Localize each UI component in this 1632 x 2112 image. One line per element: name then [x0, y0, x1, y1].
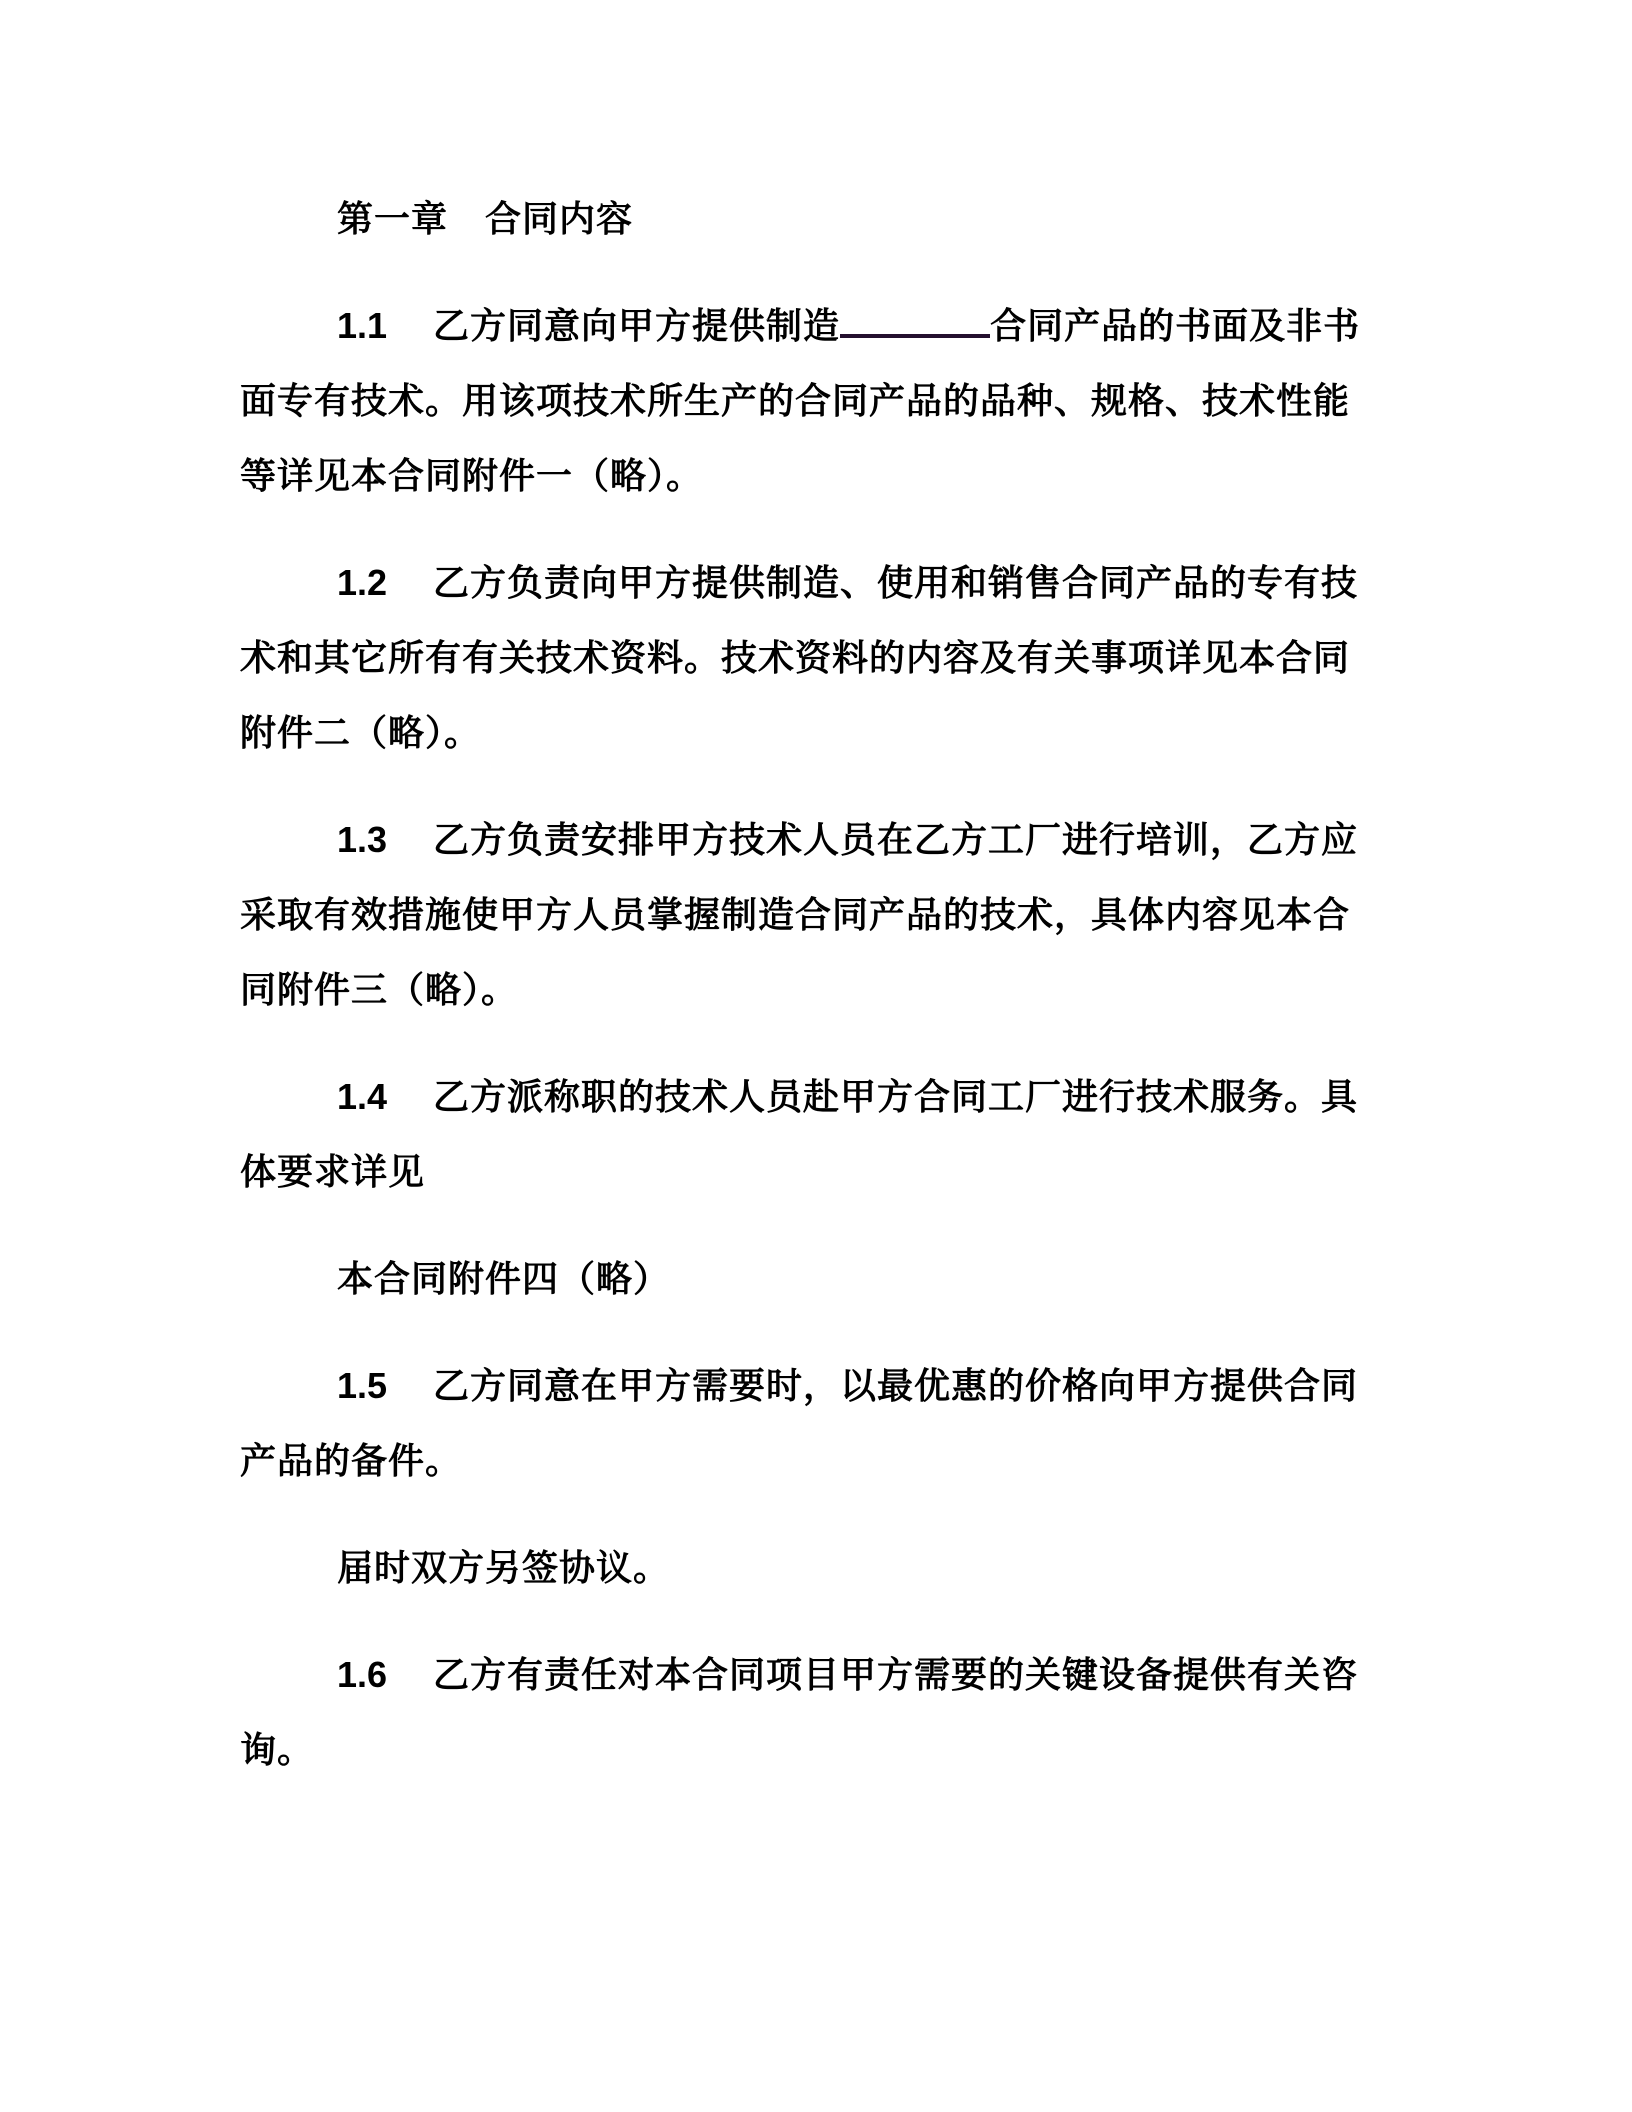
clause-1-6-number: 1.6 — [337, 1654, 387, 1695]
clause-1-3-number: 1.3 — [337, 819, 387, 860]
clause-1-3: 1.3乙方负责安排甲方技术人员在乙方工厂进行培训，乙方应采取有效措施使甲方人员掌… — [240, 802, 1365, 1027]
clause-1-3-text: 乙方负责安排甲方技术人员在乙方工厂进行培训，乙方应采取有效措施使甲方人员掌握制造… — [240, 819, 1358, 1010]
clause-1-1-number: 1.1 — [337, 305, 387, 346]
clause-1-4: 1.4乙方派称职的技术人员赴甲方合同工厂进行技术服务。具体要求详见 — [240, 1059, 1365, 1209]
clause-1-5: 1.5乙方同意在甲方需要时，以最优惠的价格向甲方提供合同产品的备件。 — [240, 1348, 1365, 1498]
clause-1-5-agreement-line: 届时双方另签协议。 — [240, 1530, 1365, 1605]
clause-1-2-text: 乙方负责向甲方提供制造、使用和销售合同产品的专有技术和其它所有有关技术资料。技术… — [240, 562, 1358, 753]
clause-1-2-number: 1.2 — [337, 562, 387, 603]
clause-1-5-text: 乙方同意在甲方需要时，以最优惠的价格向甲方提供合同产品的备件。 — [240, 1365, 1358, 1481]
clause-1-2: 1.2乙方负责向甲方提供制造、使用和销售合同产品的专有技术和其它所有有关技术资料… — [240, 545, 1365, 770]
clause-1-4-attachment-text: 本合同附件四（略） — [337, 1258, 670, 1299]
chapter-title: 第一章 合同内容 — [240, 181, 1365, 256]
clause-1-1-text-before-blank: 乙方同意向甲方提供制造 — [433, 305, 840, 346]
contract-page: 第一章 合同内容 1.1乙方同意向甲方提供制造合同产品的书面及非书面专有技术。用… — [0, 0, 1632, 2112]
clause-1-6-text: 乙方有责任对本合同项目甲方需要的关键设备提供有关咨询。 — [240, 1654, 1358, 1770]
clause-1-4-attachment-line: 本合同附件四（略） — [240, 1241, 1365, 1316]
clause-1-1: 1.1乙方同意向甲方提供制造合同产品的书面及非书面专有技术。用该项技术所生产的合… — [240, 288, 1365, 513]
clause-1-5-number: 1.5 — [337, 1365, 387, 1406]
clause-1-5-agreement-text: 届时双方另签协议。 — [337, 1547, 670, 1588]
clause-1-4-text: 乙方派称职的技术人员赴甲方合同工厂进行技术服务。具体要求详见 — [240, 1076, 1358, 1192]
fill-in-blank-line — [840, 329, 990, 338]
clause-1-4-number: 1.4 — [337, 1076, 387, 1117]
clause-1-6: 1.6乙方有责任对本合同项目甲方需要的关键设备提供有关咨询。 — [240, 1637, 1365, 1787]
